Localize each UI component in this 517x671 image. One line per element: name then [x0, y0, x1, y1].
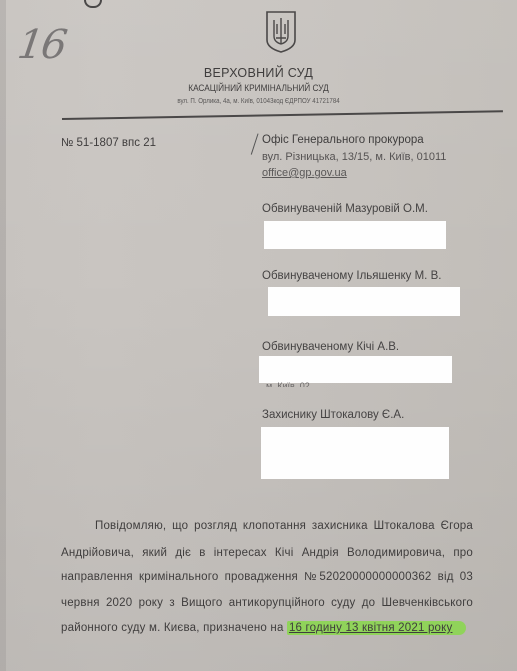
recipient-prosecutor-email[interactable]: office@gp.gov.ua — [262, 167, 347, 179]
coat-of-arms-icon — [265, 10, 297, 54]
body-line-3: направлення кримінального провадження №5… — [61, 571, 473, 583]
recipient-prosecutor-address: вул. Різницька, 13/15, м. Київ, 01011 — [262, 151, 446, 163]
page-edge-shadow — [0, 0, 6, 671]
highlighted-hearing-date: 16 годину 13 квітня 2021 року — [287, 621, 467, 635]
body-line-1: Повідомляю, що розгляд клопотання захисн… — [95, 520, 473, 532]
recipient-shtokalov-name: Захиснику Штокалову Є.А. — [262, 409, 404, 421]
recipient-kicha-name: Обвинуваченому Кічі А.В. — [262, 341, 399, 353]
handwritten-mark — [84, 0, 102, 8]
court-title: ВЕРХОВНИЙ СУД — [0, 66, 517, 80]
handwritten-page-number: 16 — [15, 22, 68, 68]
recipient-kicha-partial-address: м. Київ, 02 — [266, 381, 310, 387]
recipient-prosecutor-name: Офіс Генерального прокурора — [262, 134, 424, 146]
reference-number: № 51-1807 впс 21 — [61, 137, 156, 149]
court-address: вул. П. Орлика, 4а, м. Київ, 01043код ЄД… — [31, 98, 486, 105]
body-line-2: Андрійовича, який діє в інтересах Кічі А… — [61, 547, 473, 559]
court-subtitle: КАСАЦІЙНИЙ КРИМІНАЛЬНИЙ СУД — [21, 83, 497, 93]
recipient-ilyashenko-name: Обвинуваченому Ільяшенку М. В. — [262, 270, 441, 282]
header-divider — [62, 110, 503, 120]
recipient-mazurova-name: Обвинуваченій Мазуровій О.М. — [262, 203, 428, 215]
redaction-box — [259, 356, 452, 383]
redaction-box — [268, 287, 460, 316]
redaction-box — [264, 221, 446, 249]
body-line-5: районного суду м. Києва, призначено на 1… — [61, 622, 466, 634]
body-line-4: червня 2020 року з Вищого антикорупційно… — [61, 597, 473, 609]
redaction-box — [261, 427, 449, 479]
body-line-5-prefix: районного суду м. Києва, призначено на — [61, 622, 287, 634]
